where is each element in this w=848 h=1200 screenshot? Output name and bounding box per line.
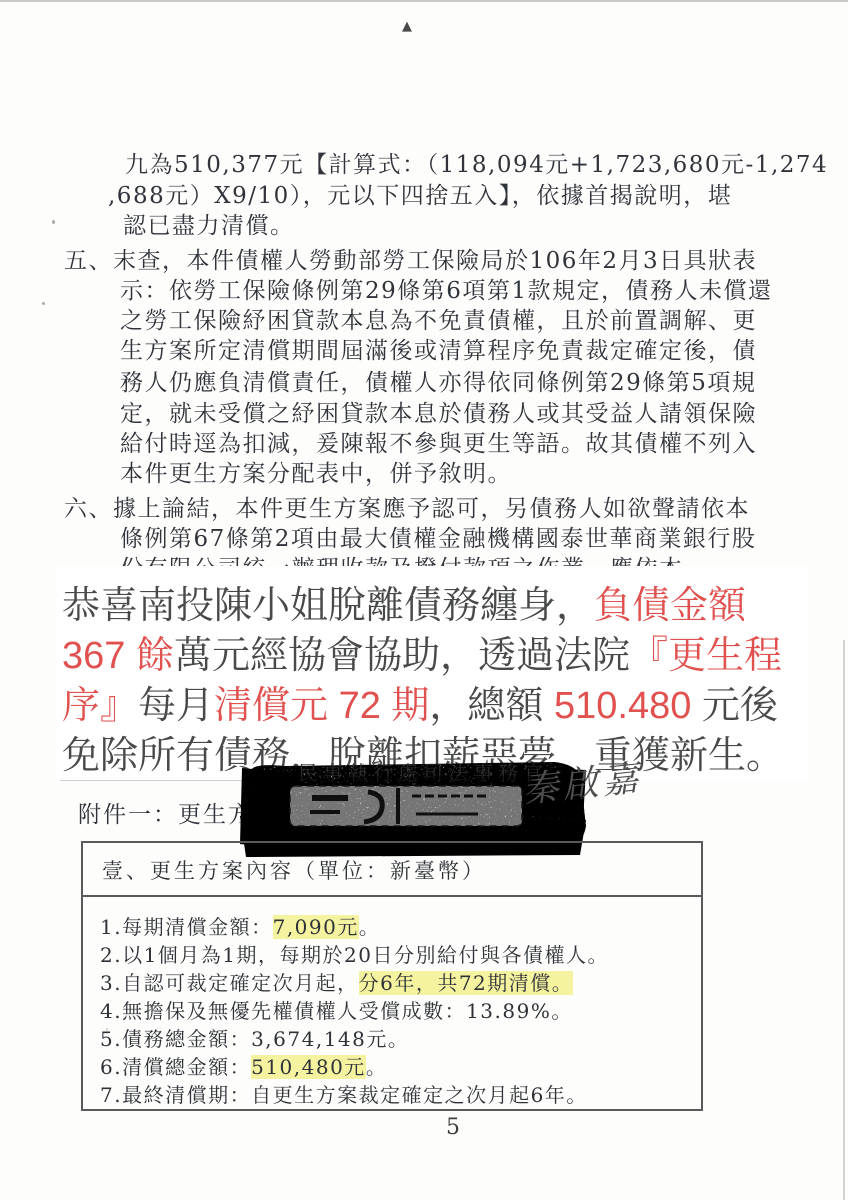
plan-item-text: 2.以1個月為1期，每期於20日分別給付與各債權人。 [100, 943, 609, 967]
caption-line: 序』每月清償元 72 期，總額 510.480 元後 [62, 674, 778, 729]
caption-segment: 恭喜南投陳小姐脫離債務纏身， [62, 585, 594, 627]
caption-segment: 510.480 [554, 685, 691, 727]
caption-segment: 每月 [138, 685, 214, 727]
highlighted-value: 510,480元 [251, 1055, 366, 1079]
scan-top-edge-artifact [0, 0, 848, 2]
plan-box-title: 壹、更生方案內容（單位：新臺幣） [102, 855, 486, 885]
plan-item-text: 。 [359, 915, 381, 939]
scanned-court-document-page: ▲ 九為510,377元【計算式：（118,094元+1,723,680元-1,… [0, 0, 848, 1200]
plan-content-box: 壹、更生方案內容（單位：新臺幣） 1.每期清償金額：7,090元。 2.以1個月… [81, 841, 703, 1111]
document-line: 之勞工保險紓困貸款本息為不免責債權，且於前置調解、更 [120, 302, 757, 335]
document-line: 認已盡力清償。 [123, 207, 295, 240]
caption-segment: 『更生程 [630, 635, 782, 677]
plan-item-text: 1.每期清償金額： [100, 915, 273, 939]
highlighted-value: 分6年，共72期清償。 [359, 971, 574, 995]
plan-item-text: 。 [366, 1055, 388, 1079]
plan-item: 1.每期清償金額：7,090元。 [100, 911, 380, 940]
plan-item: 6.清償總金額：510,480元。 [100, 1051, 387, 1080]
document-line: 九為510,377元【計算式：（118,094元+1,723,680元-1,27… [125, 146, 828, 179]
document-line: 本件更生方案分配表中，併予敘明。 [120, 455, 512, 488]
document-line: 五、末查，本件債權人勞動部勞工保險局於106年2月3日具狀表 [64, 242, 757, 275]
scan-speck [52, 220, 55, 224]
handwritten-signature: 秦啟嘉 [520, 750, 645, 813]
document-line: 定，就未受償之紓困貸款本息於債務人或其受益人請領保險 [120, 395, 757, 428]
caption-segment: ，總額 [429, 685, 554, 727]
document-line: 生方案所定清償期間屆滿後或清算程序免責裁定確定後，債 [120, 332, 757, 365]
plan-item-text: 3.自認可裁定確定次月起， [100, 971, 359, 995]
attachment-label: 附件一：更生方 [78, 796, 253, 829]
highlighted-value: 7,090元 [273, 915, 359, 939]
caption-segment: 367 餘 [62, 635, 174, 677]
plan-item: 5.債務總金額：3,674,148元。 [100, 1023, 409, 1052]
scan-speck [42, 302, 45, 305]
plan-item: 3.自認可裁定確定次月起，分6年，共72期清償。 [100, 967, 573, 996]
caption-segment: 序』 [62, 685, 138, 727]
caption-line: 367 餘萬元經協會協助，透過法院『更生程 [62, 624, 782, 679]
caption-segment: 萬元經協會協助，透過法院 [174, 635, 630, 677]
scan-right-edge-artifact [843, 640, 845, 1200]
plan-item-text: 6.清償總金額： [100, 1055, 251, 1079]
plan-item-text: 4.無擔保及無優先權債權人受償成數：13.89%。 [100, 999, 573, 1023]
caption-segment: 元後 [691, 685, 778, 727]
plan-item-text: 5.債務總金額：3,674,148元。 [100, 1027, 409, 1051]
caption-overlay: 恭喜南投陳小姐脫離債務纏身，負債金額 367 餘萬元經協會協助，透過法院『更生程… [56, 566, 808, 780]
document-line: ,688元）X9/10），元以下四捨五入】，依據首揭說明，堪 [108, 177, 732, 210]
plan-item: 4.無擔保及無優先權債權人受償成數：13.89%。 [100, 995, 573, 1024]
caption-segment: 負債金額 [594, 585, 746, 627]
caption-segment: 清償元 72 期 [214, 685, 429, 727]
page-number: 5 [446, 1115, 460, 1140]
plan-item: 7.最終清償期：自更生方案裁定確定之次月起6年。 [100, 1079, 588, 1108]
document-line: 示：依勞工保險條例第29條第6項第1款規定，債務人未償還 [120, 272, 773, 305]
plan-item: 2.以1個月為1期，每期於20日分別給付與各債權人。 [100, 939, 609, 968]
document-line: 給付時逕為扣減，爰陳報不參與更生等語。故其債權不列入 [120, 425, 757, 458]
plan-item-text: 7.最終清償期：自更生方案裁定確定之次月起6年。 [100, 1083, 588, 1107]
document-line: 條例第67條第2項由最大債權金融機構國泰世華商業銀行股 [120, 520, 756, 553]
triangle-marker-icon: ▲ [402, 20, 412, 33]
plan-box-divider [81, 895, 701, 897]
caption-line: 恭喜南投陳小姐脫離債務纏身，負債金額 [62, 574, 746, 629]
document-line: 六、據上論結，本件更生方案應予認可，另債務人如欲聲請依本 [64, 490, 750, 523]
document-line: 務人仍應負清償責任，債權人亦得依同條例第29條第5項規 [120, 364, 756, 397]
